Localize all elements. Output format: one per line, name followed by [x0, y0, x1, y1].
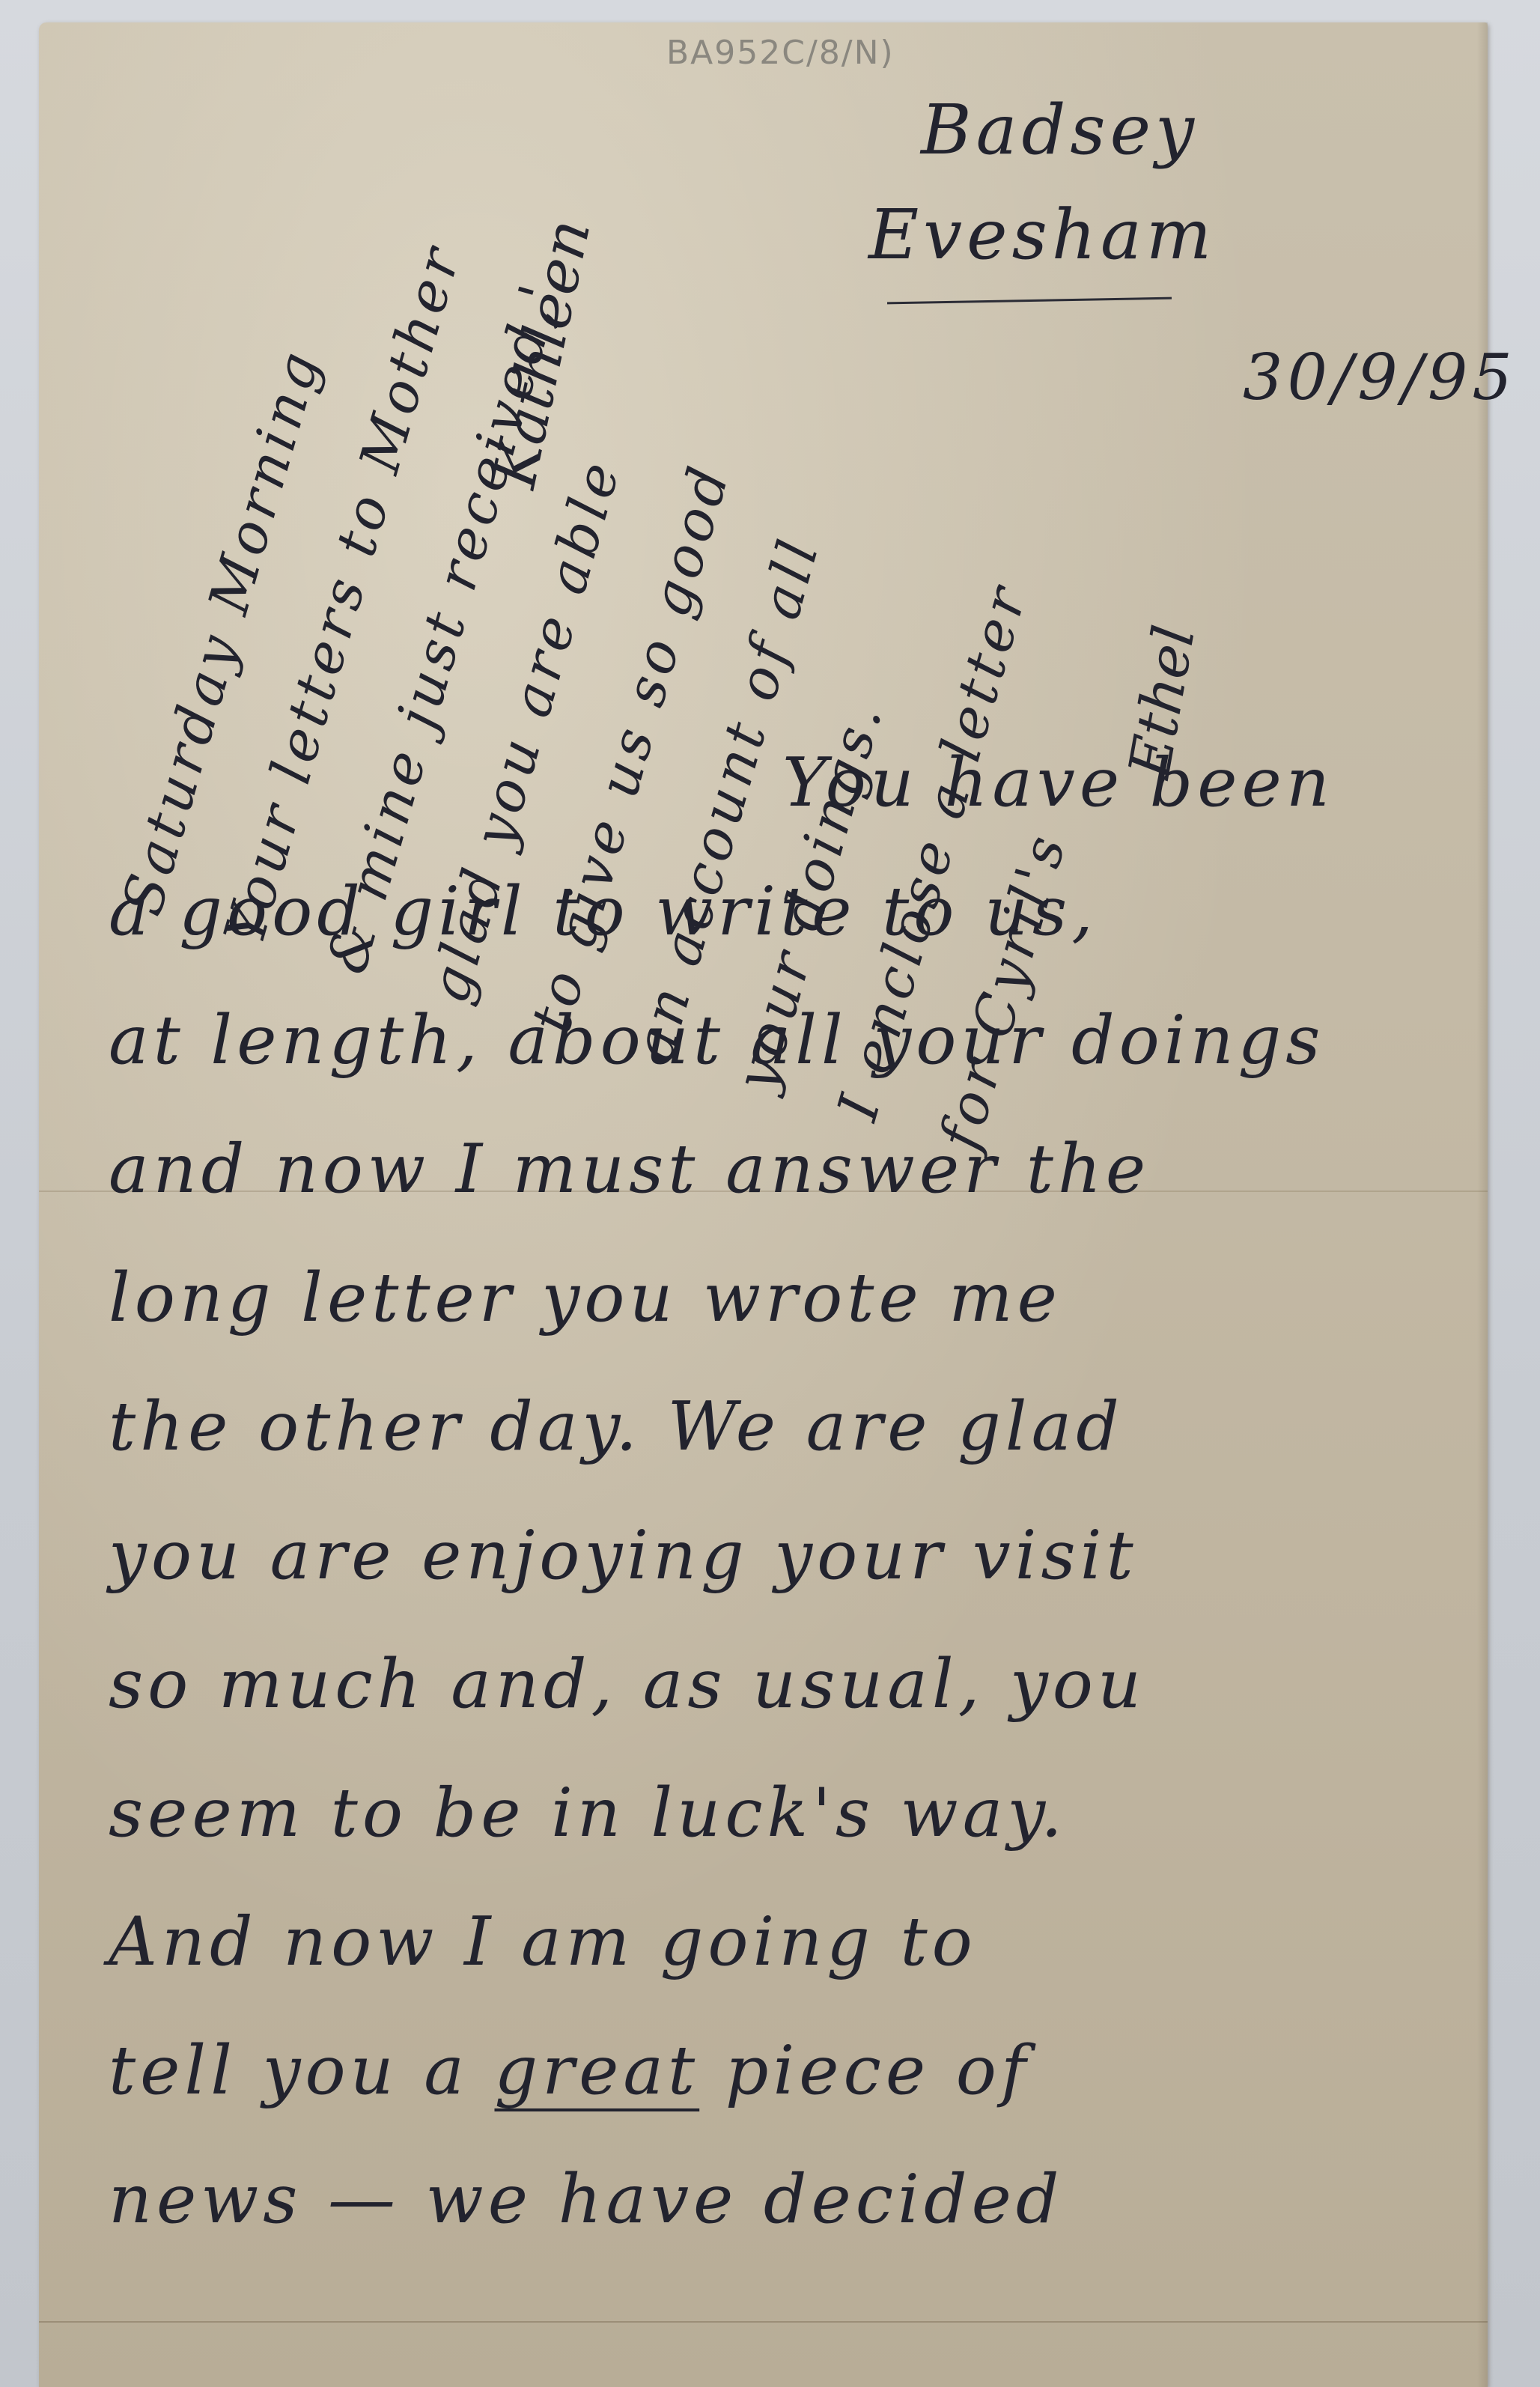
body-line: news — we have decided — [109, 2135, 1456, 2264]
underlined-word: great — [494, 2031, 699, 2110]
body-line: seem to be in luck's way. — [109, 1749, 1456, 1878]
address-line-1: Badsey — [921, 90, 1199, 170]
letter-date: 30/9/95 — [1243, 341, 1517, 414]
paper-bottom-fold — [39, 2321, 1488, 2323]
body-line: You have been — [109, 719, 1456, 848]
body-line: and now I must answer the — [109, 1105, 1456, 1234]
body-line: you are enjoying your visit — [109, 1492, 1456, 1620]
body-line: a good girl to write to us, — [109, 848, 1456, 976]
body-line: And now I am going to — [109, 1878, 1456, 2007]
body-line: the other day. We are glad — [109, 1363, 1456, 1492]
body-line: at length, about all your doings — [109, 976, 1456, 1105]
archive-reference: BA952C/8/N) — [666, 34, 895, 72]
body-line: long letter you wrote me — [109, 1234, 1456, 1363]
body-line: so much and, as usual, you — [109, 1620, 1456, 1749]
body-text: tell you a — [109, 2031, 469, 2110]
letter-body: You have been a good girl to write to us… — [109, 719, 1456, 2264]
body-text: piece of — [725, 2031, 1030, 2110]
body-line-with-emphasis: tell you a great piece of — [109, 2007, 1456, 2135]
